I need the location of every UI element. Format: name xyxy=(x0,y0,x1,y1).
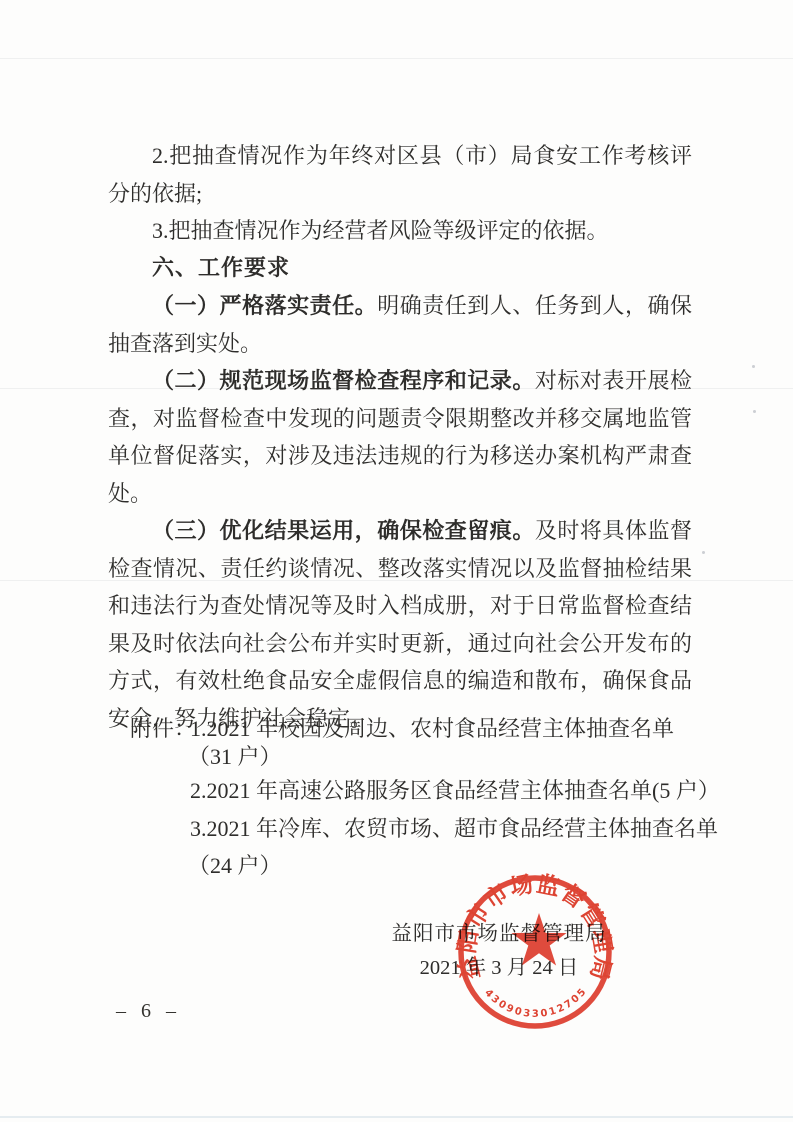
attachment-label: 附件： xyxy=(130,714,196,744)
section-paragraph-1: （一）严格落实责任。明确责任到人、任务到人，确保抽查落到实处。 xyxy=(108,287,692,362)
paragraph-text: 3.把抽查情况作为经营者风险等级评定的依据。 xyxy=(152,218,609,243)
attachment-item-3: 3.2021 年冷库、农贸市场、超市食品经营主体抽查名单 xyxy=(190,814,718,844)
paragraph-item-3: 3.把抽查情况作为经营者风险等级评定的依据。 xyxy=(108,212,692,250)
seal-star-icon xyxy=(511,913,566,966)
attachment-item-1-count: （31 户） xyxy=(188,742,282,772)
page-number: – 6 – xyxy=(116,1000,181,1023)
section-paragraph-3: （三）优化结果运用，确保检查留痕。及时将具体监督检查情况、责任约谈情况、整改落实… xyxy=(108,512,692,737)
attachment-item-2: 2.2021 年高速公路服务区食品经营主体抽查名单(5 户） xyxy=(190,776,720,806)
section-paragraph-2: （二）规范现场监督检查程序和记录。对标对表开展检查，对监督检查中发现的问题责令限… xyxy=(108,362,692,512)
section-heading: 六、工作要求 xyxy=(108,250,692,288)
section-text: 及时将具体监督检查情况、责任约谈情况、整改落实情况以及监督抽检结果和违法行为查处… xyxy=(108,518,692,731)
scan-speck xyxy=(702,551,705,554)
section-lead: （二）规范现场监督检查程序和记录。 xyxy=(152,368,535,393)
document-page: 2.把抽查情况作为年终对区县（市）局食安工作考核评分的依据; 3.把抽查情况作为… xyxy=(0,0,793,1122)
section-lead: （一）严格落实责任。 xyxy=(152,293,377,318)
scan-speck xyxy=(752,365,755,368)
scan-speck xyxy=(753,410,756,413)
section-lead: （三）优化结果运用，确保检查留痕。 xyxy=(152,518,535,543)
document-body: 2.把抽查情况作为年终对区县（市）局食安工作考核评分的依据; 3.把抽查情况作为… xyxy=(108,137,692,737)
scan-artifact-band xyxy=(0,58,793,59)
attachment-item-3-count: （24 户） xyxy=(188,851,282,881)
official-seal: 益阳市市场监督管理局 4309033012705 xyxy=(448,864,624,1040)
paragraph-item-2: 2.把抽查情况作为年终对区县（市）局食安工作考核评分的依据; xyxy=(108,137,692,212)
attachment-item-1: 1.2021 年校园及周边、农村食品经营主体抽查名单 xyxy=(190,714,674,744)
paragraph-text: 2.把抽查情况作为年终对区县（市）局食安工作考核评分的依据; xyxy=(108,143,692,206)
scan-artifact-band xyxy=(0,1116,793,1118)
